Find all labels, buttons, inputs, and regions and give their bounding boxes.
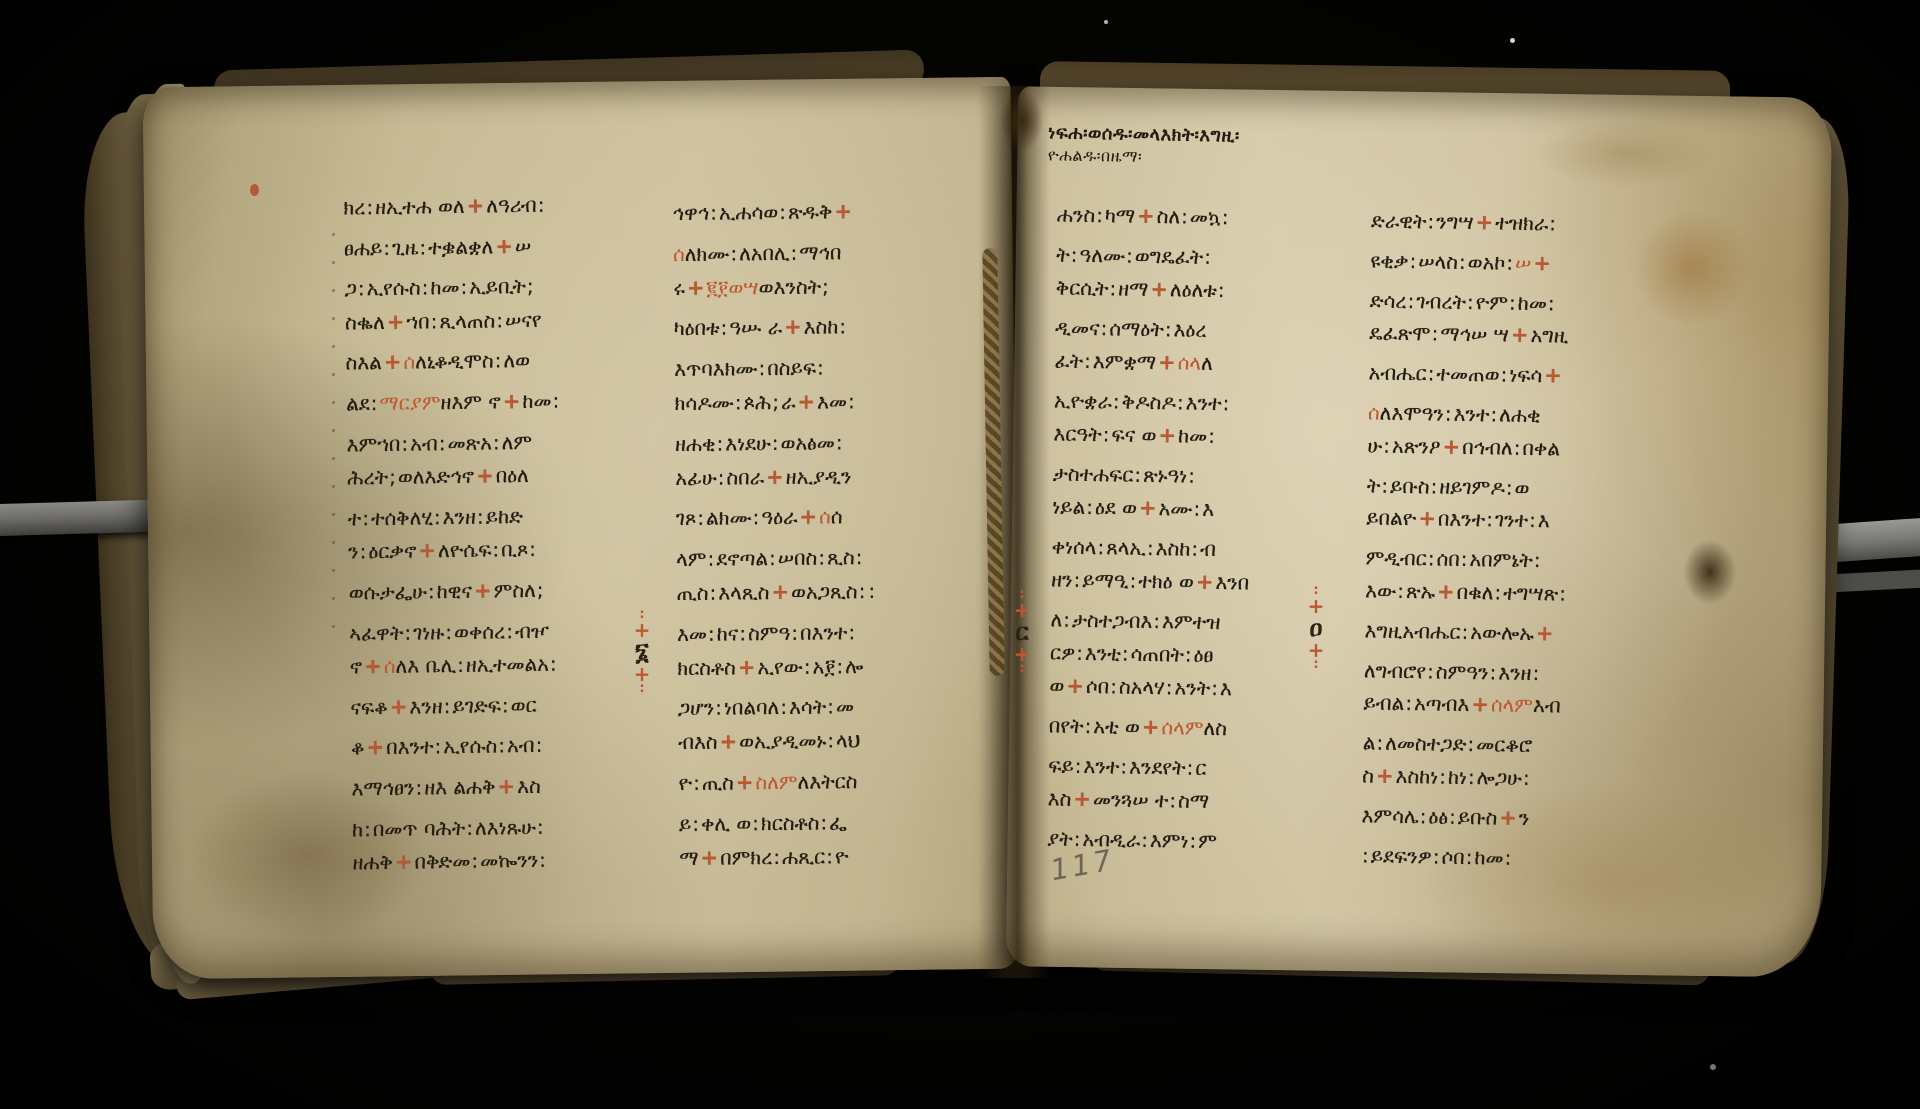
text-line: ጋ:ኢየሱስ:ከመ:ኢይቢት; <box>344 270 560 307</box>
text-line: ዲመና:ሰማዕት:እዕረ <box>1055 311 1254 347</box>
metal-clamp-right-lower <box>1826 569 1920 592</box>
rubric-header: ነፍሐ፡ወሰዱ፡መላእክት፡እግዚ፡ ዮሐልዱ፡በዜማ፡ <box>1048 122 1240 169</box>
text-line: ሁ:አጽንዖ፨በኅብለ:በቀል <box>1367 429 1570 472</box>
text-column-4: ድራዊት:ንግሣ፨ተዝክራ:ዩቂቃ:ሠላስ:ወአኮ:ሠ፨ድሳረ:ገብረት:ዮም:… <box>1361 204 1574 874</box>
text-line: ስእል፨ሰለኒቆዲሞስ:ለወ <box>345 344 561 388</box>
text-line: እማኅፀን:ዘእ ልሐቅ፨እስ <box>351 769 567 813</box>
pricking-holes <box>332 208 335 628</box>
text-line: ቀነሰላ:ጸላኢ:እስከ:ብ <box>1051 530 1250 566</box>
text-line: ኖ፨ሰለእ ቤሊ:ዘኢተመልአ: <box>350 648 566 692</box>
text-line: ላም:ደኖጣል:ሠበስ:ጺስ: <box>676 541 877 577</box>
text-column-1: ክረ:ዘኢተሐ ወለ፨ለዓሪብ:ፀሐይ:ጊዜ:ተቌልቋለ፨ሠጋ:ኢየሱስ:ከመ:… <box>343 189 568 888</box>
text-line: ገጾ:ልክሙ:ዓዕራ፨ሰሰ <box>676 500 877 543</box>
text-line: ዘሐቂ:እነደሁ:ወአፅመ: <box>675 426 876 462</box>
text-line: ኢዮቋራ:ቅዶስዶ:እንተ: <box>1054 384 1253 420</box>
rubric-header-line-2: ዮሐልዱ፡በዜማ፡ <box>1048 144 1240 169</box>
text-line: ዩቂቃ:ሠላስ:ወአኮ:ሠ፨ <box>1370 244 1573 287</box>
text-line: እመ:ከና:ስምዓ:በእንተ: <box>677 616 878 652</box>
red-margin-dot <box>250 184 259 196</box>
manuscript-photo: ነፍሐ፡ወሰዱ፡መላእክት፡እግዚ፡ ዮሐልዱ፡በዜማ፡ ክረ:ዘኢተሐ ወለ፨… <box>0 0 1920 1109</box>
ornament-mark: : <box>1019 662 1024 676</box>
text-line: ት:ዓለሙ:ወግዴፈት: <box>1056 238 1255 274</box>
ornament-mark: + <box>1308 598 1325 614</box>
text-line: ታስተሐፍር:ጽኑዓነ: <box>1053 457 1252 493</box>
text-line: ሐንስ:ካማ፨ስለ:መኳ: <box>1057 198 1256 241</box>
gutter-top-blemish <box>1002 92 1042 150</box>
text-line: ዘሐቅ፨በቅድመ:መኰንን: <box>352 844 568 888</box>
text-line: እጥባእክሙ:በስይፍ: <box>674 351 875 387</box>
text-line: ዘን:ይማዒ:ተክዕ ወ፨እንበ <box>1051 563 1250 606</box>
text-line: ን:ዕርቃኖ፨ለዮሴፍ:ቢጾ: <box>348 533 564 577</box>
text-line: አብሔር:ተመጠወ:ነፍሳ፨ <box>1368 357 1571 400</box>
text-line: ብእስ፨ወኢያዲመኑ:ላህ <box>678 724 879 767</box>
text-line: ተ:ተሰቅለሂ:እንዘ:ይከድ <box>347 499 563 536</box>
ornament-mark: + <box>1308 642 1325 658</box>
ornament-mark: : <box>639 682 644 696</box>
text-line: በየት:አቲ ወ፨ሰላምለስ <box>1049 709 1248 752</box>
text-line: ኅዋኅ:ኢሐሳወ:ጽዱቅ፨ <box>672 195 873 238</box>
dust-speck <box>1710 1064 1716 1070</box>
text-line: ጋሆን:ነበልባለ:እሳት:መ <box>678 690 879 726</box>
text-line: ይ:ቀሊ ወ:ክርስቶስ:ፌ <box>679 806 880 842</box>
text-line: ድሳረ:ገብረት:ዮም:ከመ: <box>1369 284 1572 320</box>
text-column-2: ኅዋኅ:ኢሐሳወ:ጽዱቅ፨ሰለክሙ:ለአበሊ:ማኅበሩ፨፪፻ወሣወእንስት;ካዕ… <box>672 195 880 882</box>
text-line: ቅርሲት:ዘማ፨ለዕለቱ: <box>1055 271 1254 314</box>
quire-mark-ornament: :+ዐ+: <box>1298 584 1334 672</box>
text-line: ናፍቆ፨እንዘ:ይገድፍ:ወር <box>350 688 566 732</box>
text-line: ነይል:ዕደ ወ፨አሙ:እ <box>1052 490 1251 533</box>
text-line: ፍይ:እንተ:እንደየት:ር <box>1048 749 1247 785</box>
ornament-mark: + <box>1014 602 1031 618</box>
text-line: :ይደፍንዎ:ሶበ:ከመ: <box>1361 839 1564 875</box>
text-line: ኣፈዋት:ገነዙ:ወቀሰረ:ብዦ <box>349 614 565 651</box>
text-line: ይብል:አጣብእ፨ሰላምእብ <box>1363 687 1566 730</box>
dust-speck <box>1510 38 1515 43</box>
ornament-mark: : <box>1313 658 1318 672</box>
ornament-mark: + <box>634 622 651 638</box>
text-line: ክሳዶሙ:ጶሕ;ራ፨እመ: <box>674 385 875 428</box>
text-line: ለግብሮየ:ስምዓን:እንዘ: <box>1364 654 1567 690</box>
text-line: ቆ፨በእንተ:ኢየሱስ:አብ: <box>351 729 567 773</box>
text-line: ይበልዮ፨በእንተ:ገንተ:እ <box>1366 502 1569 545</box>
text-line: እምኀበ:አብ:መጽአ:ለም <box>346 425 562 462</box>
text-line: እስ፨መንጓሠ ተ:ስማ <box>1047 782 1246 825</box>
text-line: ማ፨በምክረ:ሐጺር:ዮ <box>679 839 880 882</box>
text-line: ሰለእሞዓን:እንተ:ለሐቂ <box>1368 396 1571 432</box>
ornament-mark: + <box>634 666 651 682</box>
text-line: እምሳሌ:ዕፅ:ይቡስ፨ን <box>1361 799 1564 842</box>
text-line: ስቈለ፨ኀበ:ጺላጠስ:ሠናየ <box>345 303 561 347</box>
left-page <box>143 77 1022 980</box>
text-line: ምዲብር:ሰበ:አበምኔት: <box>1365 542 1568 578</box>
text-column-3: ሐንስ:ካማ፨ስለ:መኳ:ት:ዓለሙ:ወግዴፈት:ቅርሲት:ዘማ፨ለዕለቱ:ዲመ… <box>1047 198 1255 858</box>
text-line: ፈት:እምቋማ፨ሰላለ <box>1054 344 1253 387</box>
quire-mark-ornament: :+ር+: <box>1004 588 1040 676</box>
text-line: እግዚአብሔር:አውሎኡ፨ <box>1364 614 1567 657</box>
text-line: ሕረት;ወለእድኅኖ፨በዕለ <box>347 459 563 503</box>
text-line: ከ:በመጥ ባሕት:ለእነጹሁ: <box>352 810 568 847</box>
text-line: ክርስቶስ፨ኢየው:አ፻:ሎ <box>677 650 878 693</box>
text-line: ስ፨እስከነ:ከነ:ሎጋሁ: <box>1362 759 1565 802</box>
text-line: ድራዊት:ንግሣ፨ተዝክራ: <box>1371 204 1574 247</box>
text-line: ለ:ታስተጋብእ:እምተዝ <box>1050 603 1249 639</box>
text-line: ልደ:ማርያምዘእም ኖ፨ከመ: <box>346 384 562 428</box>
text-line: ዴፈጽሞ:ማኅሠ ሣ፨አግዚ <box>1369 317 1572 360</box>
text-line: ፀሐይ:ጊዜ:ተቌልቋለ፨ሠ <box>344 229 560 273</box>
text-line: ወ፨ሶበ:ስአላሃ:አንት:እ <box>1049 669 1248 712</box>
text-line: አፊሁ:ስበራ፨ዘኢያዲን <box>675 460 876 503</box>
text-line: ርዎ:እንቲ:ሳጠበት:ዕፀ <box>1050 636 1249 672</box>
text-line: ት:ይቡስ:ዘይገምዶ:ወ <box>1367 469 1570 505</box>
ornament-mark: + <box>1014 646 1031 662</box>
text-line: ሩ፨፪፻ወሣወእንስት; <box>673 270 874 313</box>
text-line: እርዓት:ፍና ወ፨ከመ: <box>1053 417 1252 460</box>
text-line: ሰለክሙ:ለአበሊ:ማኅበ <box>673 236 874 272</box>
dust-speck <box>1104 20 1108 24</box>
text-line: ዮ:ጢስ፨ስለምለእትርስ <box>678 765 879 808</box>
text-line: ል:ለመስተጋድ:መርቆሮ <box>1363 727 1566 763</box>
quire-mark-ornament: :+፮+: <box>624 608 660 696</box>
text-line: ካዕበቱ:ዓሡ ራ፨እስከ: <box>674 310 875 353</box>
text-line: ክረ:ዘኢተሐ ወለ፨ለዓሪብ: <box>343 189 559 233</box>
text-line: ወሱታፌሁ:ከዊና፨ምስለ; <box>349 573 565 617</box>
text-line: እው:ጽኡ፨በቁለ:ተግሣጽ: <box>1365 574 1568 617</box>
text-line: ጢስ:እላጺስ፨ወአጋጺስ:: <box>676 575 877 618</box>
